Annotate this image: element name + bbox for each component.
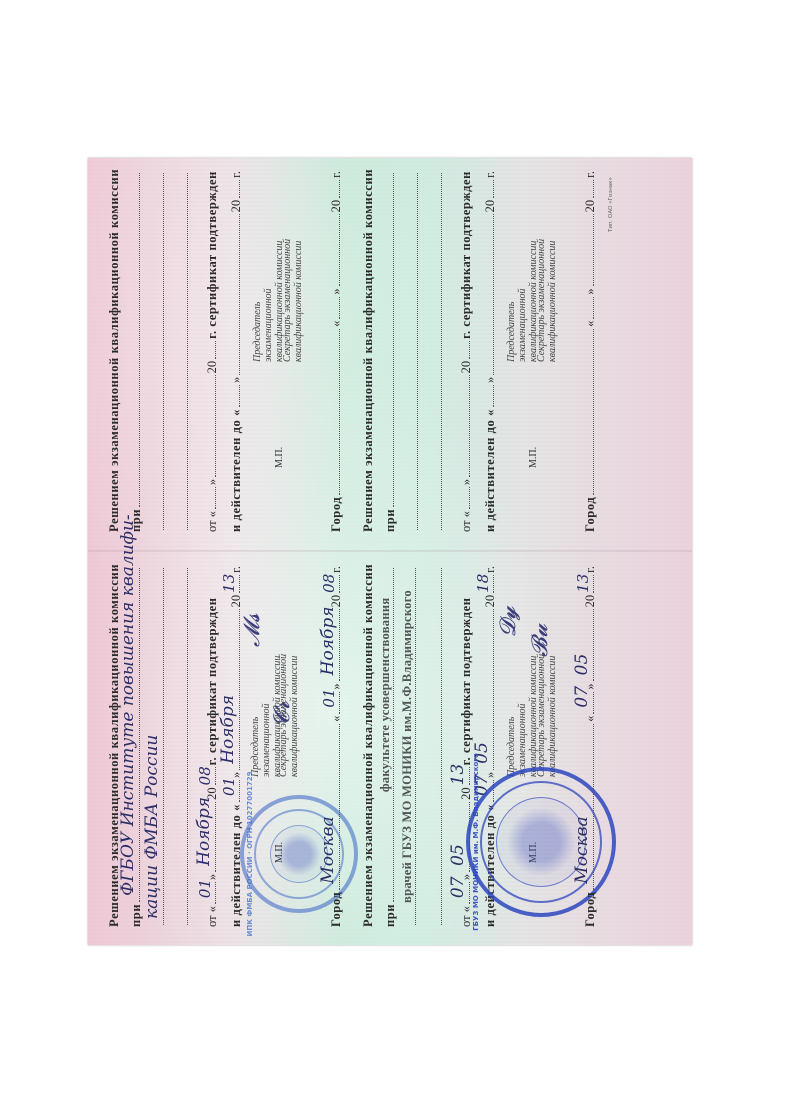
handwritten-institution: ФГБОУ Институте повышения квалифи-: [118, 514, 138, 896]
pri-line-2: [402, 171, 422, 532]
valid-line: и действителен до « » 20 г.: [224, 171, 244, 532]
pri-field-3[interactable]: [187, 173, 188, 530]
city-line: Город Москва « 07 » 05 20 13 г.: [578, 566, 598, 927]
secretary-label: Секретарь экзаменационной квалификационн…: [536, 232, 558, 362]
ot-day: 01: [196, 879, 214, 898]
quote-open: «: [329, 716, 344, 722]
secretary-signature: 𝓑𝓾: [528, 624, 553, 657]
printed-faculty: факультете усовершенствования: [378, 598, 393, 793]
certificate-spread: Решением экзаменационной квалификационно…: [88, 158, 692, 945]
mp-label: М.П.: [274, 447, 285, 468]
city-day: 01: [320, 689, 338, 708]
pri-field-3[interactable]: [441, 568, 442, 925]
ot-day-field[interactable]: 01: [215, 882, 216, 904]
valid-month: Ноября: [218, 695, 238, 764]
pri-field-2[interactable]: [417, 173, 418, 530]
pri-line: при ФГБОУ Институте повышения квалифи-: [124, 566, 144, 927]
valid-year: 13: [220, 574, 238, 593]
city-label: Город: [329, 497, 344, 532]
pri-label: при: [383, 509, 398, 532]
valid-label: и действителен до «: [229, 409, 244, 532]
year-suffix: г.: [483, 171, 498, 178]
year-prefix: 20: [483, 200, 498, 213]
city-field[interactable]: Москва: [339, 724, 340, 890]
city-value: Москва: [572, 816, 592, 883]
year-prefix: 20: [205, 361, 220, 374]
year-suffix: г.: [229, 566, 244, 573]
city-field[interactable]: [593, 329, 594, 495]
ot-day-field[interactable]: 07: [469, 882, 470, 904]
ot-line: от « » 20 г. сертификат подтвержден: [454, 171, 474, 532]
pri-field[interactable]: факультете усовершенствования: [393, 568, 394, 902]
pri-line: при: [124, 171, 144, 532]
ot-line: от « 01 » Ноября 20 08 г. сертификат под…: [200, 566, 220, 927]
city-year-field[interactable]: 13: [593, 575, 594, 593]
ot-line: от « » 20 г. сертификат подтвержден: [200, 171, 220, 532]
quote-close: »: [205, 479, 220, 485]
quote-open: «: [583, 321, 598, 327]
handwritten-institution-2: кации ФМБА России: [142, 735, 162, 919]
heading-text: Решением экзаменационной квалификационно…: [361, 564, 376, 927]
year-prefix: 20: [229, 200, 244, 213]
chairman-signature: 𝓜𝓼: [240, 613, 265, 647]
pri-field[interactable]: [139, 173, 140, 507]
printed-institution: врачей ГБУЗ МО МОНИКИ им.М.Ф.Владимирско…: [400, 590, 415, 903]
ot-month-field[interactable]: Ноября: [215, 802, 216, 872]
ot-year-field[interactable]: 13: [469, 767, 470, 785]
ot-year: 08: [196, 766, 214, 785]
pri-field-2[interactable]: [163, 173, 164, 530]
chairman-label: Председатель экзаменационной квалификаци…: [506, 647, 539, 777]
year-suffix: г.: [229, 171, 244, 178]
stamp-text: ГБУЗ МО МОНИКИ им. М.Ф. Владимирского: [472, 753, 480, 931]
confirmed-text: г. сертификат подтвержден: [459, 597, 474, 765]
pri-field[interactable]: [393, 173, 394, 507]
ot-year-field[interactable]: [215, 341, 216, 359]
city-month-field[interactable]: 05: [593, 609, 594, 681]
ot-label: от «: [205, 511, 220, 532]
pri-field-2[interactable]: врачей ГБУЗ МО МОНИКИ им.М.Ф.Владимирско…: [415, 568, 416, 925]
pri-field-2[interactable]: кации ФМБА России: [163, 568, 164, 925]
secretary-label: Секретарь экзаменационной квалификационн…: [536, 647, 558, 777]
ot-day-field[interactable]: [215, 487, 216, 509]
valid-year-field[interactable]: [493, 180, 494, 198]
valid-year-field[interactable]: 13: [239, 575, 240, 593]
mp-label: М.П.: [528, 447, 539, 468]
ot-month-field[interactable]: [469, 375, 470, 476]
entry-heading: Решением экзаменационной квалификационно…: [356, 171, 376, 532]
heading-text: Решением экзаменационной квалификационно…: [361, 169, 376, 532]
pri-line-2: врачей ГБУЗ МО МОНИКИ им.М.Ф.Владимирско…: [400, 566, 420, 927]
valid-year-field[interactable]: [239, 180, 240, 198]
quote-close: »: [583, 288, 598, 294]
valid-label: и действителен до «: [483, 409, 498, 532]
pri-line-3: [426, 566, 446, 927]
heading-text: Решением экзаменационной квалификационно…: [107, 169, 122, 532]
pri-field[interactable]: ФГБОУ Институте повышения квалифи-: [139, 568, 140, 902]
city-value: Москва: [318, 816, 338, 883]
pri-line: при факультете усовершенствования: [378, 566, 398, 927]
city-field[interactable]: Москва: [593, 724, 594, 890]
chairman-label: Председатель экзаменационной квалификаци…: [252, 232, 285, 362]
pri-field-3[interactable]: [441, 173, 442, 530]
valid-year-field[interactable]: 18: [493, 575, 494, 593]
ot-year: 13: [448, 764, 468, 786]
pri-label: при: [383, 904, 398, 927]
city-field[interactable]: [339, 329, 340, 495]
city-month: Ноября: [318, 607, 338, 676]
city-line: Город « » 20 г.: [578, 171, 598, 532]
confirmed-text: г. сертификат подтвержден: [205, 171, 220, 339]
secretary-signature: 𝓒𝓻: [270, 701, 295, 727]
ot-label: от «: [205, 906, 220, 927]
valid-month-field[interactable]: [493, 214, 494, 374]
city-month-field[interactable]: [593, 214, 594, 286]
valid-line: и действителен до « » 20 г.: [478, 171, 498, 532]
city-label: Город: [583, 497, 598, 532]
city-day: 07: [572, 686, 592, 708]
quote-close: »: [229, 377, 244, 383]
city-label: Город: [583, 892, 598, 927]
entry-heading: Решением экзаменационной квалификационно…: [356, 566, 376, 927]
city-month-field[interactable]: Ноября: [339, 609, 340, 681]
city-label: Город: [329, 892, 344, 927]
valid-day: 01: [220, 777, 238, 796]
year-suffix: г.: [483, 566, 498, 573]
valid-month-field[interactable]: 05: [493, 609, 494, 769]
city-line: Город Москва « 01 » Ноября 20 08 г.: [324, 566, 344, 927]
ot-month-field[interactable]: [215, 375, 216, 476]
pri-line-3: [426, 171, 446, 532]
city-day-field[interactable]: 01: [339, 692, 340, 714]
confirmed-text: г. сертификат подтвержден: [459, 171, 474, 339]
left-page: Решением экзаменационной квалификационно…: [88, 552, 692, 945]
year-suffix: г.: [329, 566, 344, 573]
pri-line-2: [148, 171, 168, 532]
quote-close: »: [329, 288, 344, 294]
secretary-label: Секретарь экзаменационной квалификационн…: [282, 232, 304, 362]
city-month: 05: [572, 654, 592, 676]
ot-year-field[interactable]: 08: [215, 767, 216, 785]
city-month-field[interactable]: [339, 214, 340, 286]
valid-day-field[interactable]: [493, 385, 494, 407]
stamp-text: ИПК ФМБА РОССИИ · ОГРН 10277001729: [246, 772, 254, 937]
pri-field-3[interactable]: [187, 568, 188, 925]
year-prefix: 20: [229, 595, 244, 608]
city-day-field[interactable]: [593, 297, 594, 319]
year-suffix: г.: [583, 566, 598, 573]
right-page: Решением экзаменационной квалификационно…: [88, 157, 692, 550]
year-prefix: 20: [583, 200, 598, 213]
chairman-signature: 𝓓𝔂: [496, 606, 521, 637]
city-year-field[interactable]: [339, 180, 340, 198]
pri-line-3: [172, 171, 192, 532]
city-year-field[interactable]: 08: [339, 575, 340, 593]
entry-heading: Решением экзаменационной квалификационно…: [102, 171, 122, 532]
year-prefix: 20: [583, 595, 598, 608]
quote-open: «: [329, 321, 344, 327]
quote-close: »: [459, 479, 474, 485]
city-day-field[interactable]: 07: [593, 692, 594, 714]
pri-line-2: кации ФМБА России: [148, 566, 168, 927]
quote-open: «: [583, 716, 598, 722]
pri-label: при: [129, 509, 144, 532]
pri-line: при: [378, 171, 398, 532]
city-year: 08: [320, 574, 338, 593]
city-line: Город « » 20 г.: [324, 171, 344, 532]
ot-line: от « 07 » 05 20 13 г. сертификат подтвер…: [454, 566, 474, 927]
valid-month-field[interactable]: [239, 214, 240, 374]
year-suffix: г.: [583, 171, 598, 178]
valid-day-field[interactable]: 01: [239, 780, 240, 802]
city-day-field[interactable]: [339, 297, 340, 319]
valid-day-field[interactable]: [239, 385, 240, 407]
chairman-label: Председатель экзаменационной квалификаци…: [506, 232, 539, 362]
ot-year-field[interactable]: [469, 341, 470, 359]
ot-label: от «: [459, 511, 474, 532]
year-suffix: г.: [329, 171, 344, 178]
ot-day: 07: [448, 876, 468, 898]
valid-year: 18: [474, 574, 492, 593]
city-year: 13: [574, 574, 592, 593]
year-prefix: 20: [459, 361, 474, 374]
printer-imprint: Тип. ОАО «Гознак»: [608, 177, 614, 232]
city-year-field[interactable]: [593, 180, 594, 198]
ot-day-field[interactable]: [469, 487, 470, 509]
pri-line-3: [172, 566, 192, 927]
year-prefix: 20: [329, 200, 344, 213]
ot-month: 05: [448, 844, 468, 866]
quote-close: »: [483, 377, 498, 383]
ot-month: Ноября: [194, 797, 214, 866]
